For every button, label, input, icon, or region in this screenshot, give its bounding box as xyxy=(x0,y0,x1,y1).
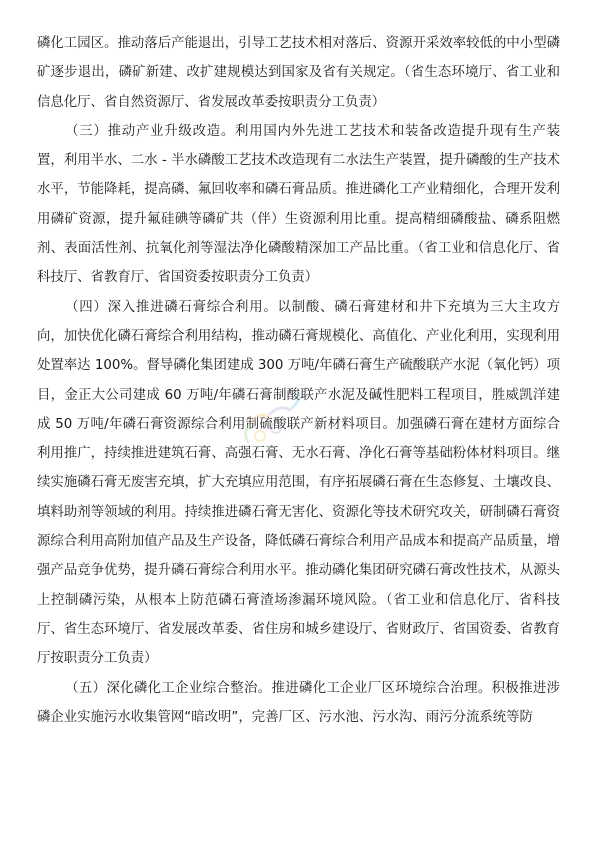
paragraph-section-4: （四）深入推进磷石膏综合利用。以制酸、磷石膏建材和井下充填为三大主攻方向，加快优… xyxy=(37,293,560,674)
paragraph-continuation: 磷化工园区。推动落后产能退出，引导工艺技术相对落后、资源开采效率较低的中小型磷矿… xyxy=(37,29,560,117)
paragraph-section-3: （三）推动产业升级改造。利用国内外先进工艺技术和装备改造提升现有生产装置，利用半… xyxy=(37,117,560,293)
paragraph-section-5: （五）深化磷化工企业综合整治。推进磷化工企业厂区环境综合治理。积极推进涉磷企业实… xyxy=(37,674,560,733)
document-page: 磷化工园区。推动落后产能退出，引导工艺技术相对落后、资源开采效率较低的中小型磷矿… xyxy=(37,29,560,732)
